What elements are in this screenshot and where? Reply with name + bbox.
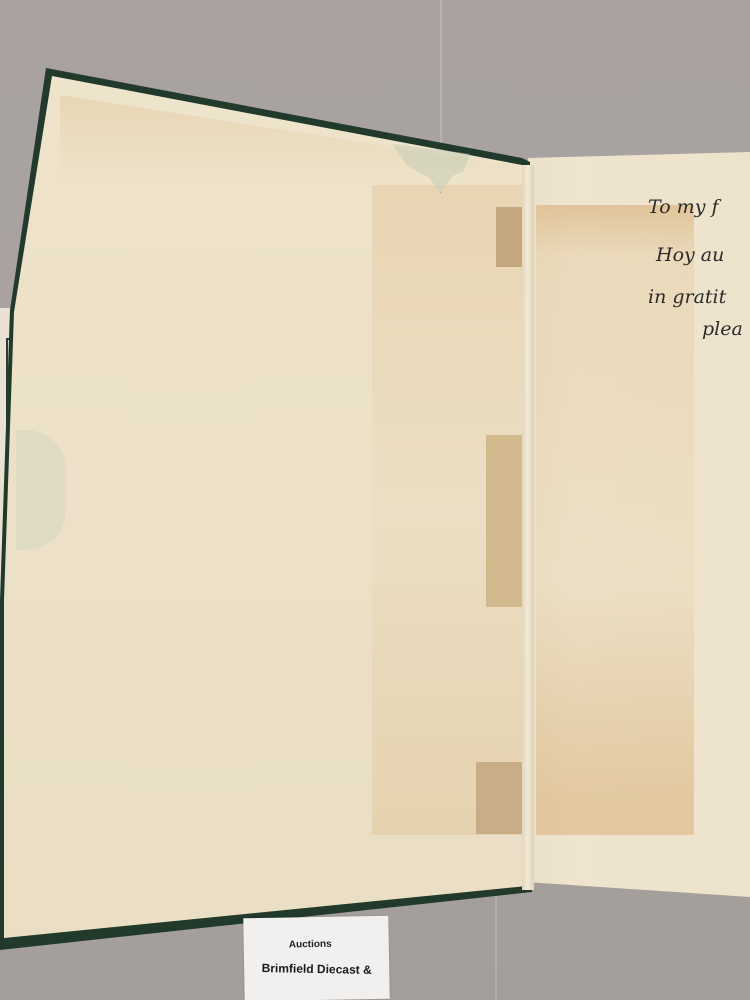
tape-remnant [496,207,522,267]
book-gutter [522,165,534,890]
auction-label: Auctions Brimfield Diecast & [243,916,389,1000]
tape-remnant [486,435,526,607]
water-stain [16,430,66,550]
front-cover [0,0,750,1000]
label-text: Auctions [244,938,389,952]
label-text: Brimfield Diecast & [244,961,389,978]
